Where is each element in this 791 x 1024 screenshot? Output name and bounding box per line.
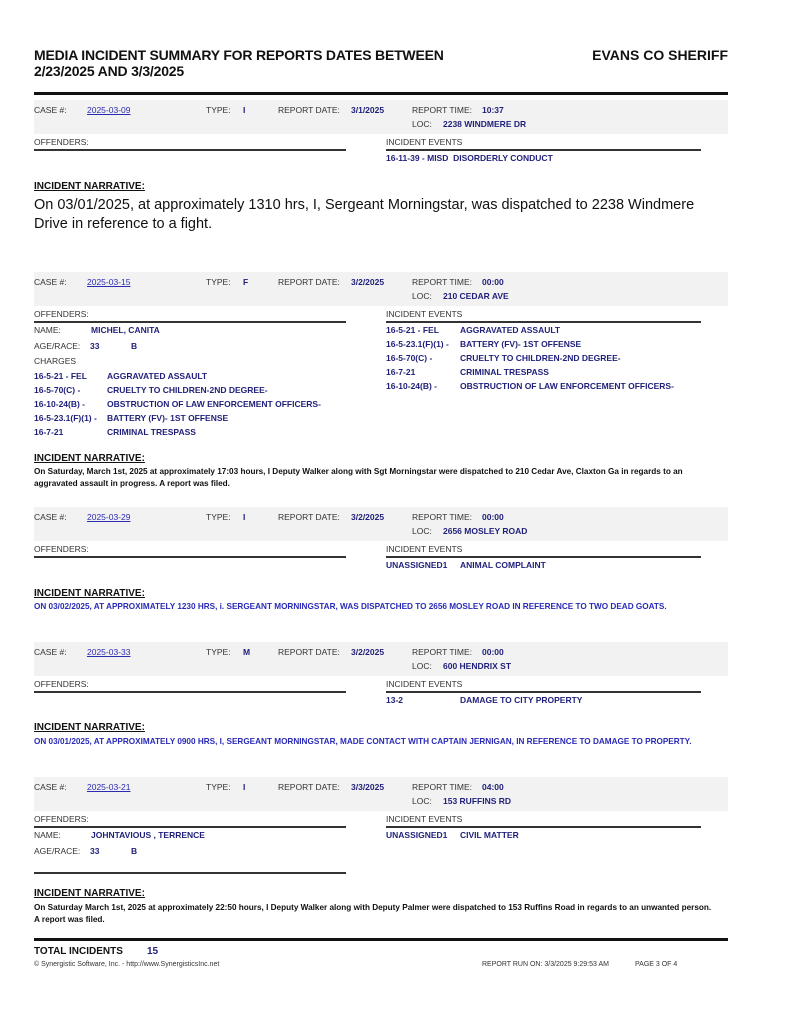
charge-code: 16-5-70(C) - <box>34 385 80 395</box>
loc-value: 2238 WINDMERE DR <box>443 119 526 129</box>
report-time-value: 10:37 <box>482 105 504 115</box>
loc-value: 2656 MOSLEY ROAD <box>443 526 527 536</box>
case-block: CASE #: 2025-03-15 TYPE: F REPORT DATE: … <box>34 272 728 446</box>
case-header-band: CASE #: 2025-03-21 TYPE: I REPORT DATE: … <box>34 777 728 811</box>
event-row: 16-11-39 - MISD DISORDERLY CONDUCT <box>386 153 553 163</box>
offender-age: 33 <box>90 846 99 856</box>
type-label: TYPE: <box>206 782 231 792</box>
report-time-label: REPORT TIME: <box>412 647 472 657</box>
case-label: CASE #: <box>34 782 67 792</box>
case-number-link[interactable]: 2025-03-33 <box>87 647 130 657</box>
case-block: CASE #: 2025-03-33 TYPE: M REPORT DATE: … <box>34 642 728 708</box>
loc-label: LOC: <box>412 661 432 671</box>
incident-events-label: INCIDENT EVENTS <box>386 309 462 319</box>
copyright-text: © Synergistic Software, Inc. - http://ww… <box>34 961 219 968</box>
charge-row: 16-10-24(B) -OBSTRUCTION OF LAW ENFORCEM… <box>34 399 85 409</box>
header-divider <box>34 92 728 95</box>
report-time-value: 00:00 <box>482 512 504 522</box>
event-desc: AGGRAVATED ASSAULT <box>460 325 560 335</box>
incident-events-label: INCIDENT EVENTS <box>386 679 462 689</box>
type-value: M <box>243 647 250 657</box>
event-desc: DISORDERLY CONDUCT <box>453 153 553 163</box>
offenders-label: OFFENDERS: <box>34 137 89 147</box>
report-date-label: REPORT DATE: <box>278 512 340 522</box>
event-code: 16-7-21 <box>386 367 415 377</box>
event-row: 16-5-70(C) -CRUELTY TO CHILDREN-2ND DEGR… <box>386 353 432 363</box>
charge-desc: CRUELTY TO CHILDREN-2ND DEGREE- <box>107 385 268 395</box>
name-label: NAME: <box>34 325 61 335</box>
offender-end-divider <box>34 872 346 874</box>
report-date-label: REPORT DATE: <box>278 277 340 287</box>
loc-label: LOC: <box>412 526 432 536</box>
offender-age-race-row: AGE/RACE: 33 B <box>34 341 80 351</box>
charge-desc: BATTERY (FV)- 1ST OFFENSE <box>107 413 228 423</box>
report-title: MEDIA INCIDENT SUMMARY FOR REPORTS DATES… <box>34 47 494 79</box>
event-code: UNASSIGNED1 <box>386 830 447 840</box>
case-block: CASE #: 2025-03-09 TYPE: I REPORT DATE: … <box>34 100 728 166</box>
total-incidents-value: 15 <box>147 946 158 957</box>
report-date-value: 3/1/2025 <box>351 105 384 115</box>
incident-events-label: INCIDENT EVENTS <box>386 137 462 147</box>
offenders-divider <box>34 826 346 828</box>
case-number-link[interactable]: 2025-03-21 <box>87 782 130 792</box>
offenders-divider <box>34 321 346 323</box>
report-time-label: REPORT TIME: <box>412 105 472 115</box>
report-time-label: REPORT TIME: <box>412 277 472 287</box>
event-row: 16-7-21CRIMINAL TRESPASS <box>386 367 415 377</box>
case-label: CASE #: <box>34 647 67 657</box>
events-divider <box>386 826 701 828</box>
charge-code: 16-5-23.1(F)(1) - <box>34 413 97 423</box>
loc-value: 210 CEDAR AVE <box>443 291 509 301</box>
event-code: 16-5-70(C) - <box>386 353 432 363</box>
report-date-value: 3/2/2025 <box>351 647 384 657</box>
total-incidents-label: TOTAL INCIDENTS <box>34 946 123 957</box>
events-divider <box>386 691 701 693</box>
charge-row: 16-5-70(C) -CRUELTY TO CHILDREN-2ND DEGR… <box>34 385 80 395</box>
page-number: PAGE 3 OF 4 <box>635 961 677 968</box>
event-desc: ANIMAL COMPLAINT <box>460 560 546 570</box>
offenders-label: OFFENDERS: <box>34 309 89 319</box>
case-number-link[interactable]: 2025-03-15 <box>87 277 130 287</box>
type-label: TYPE: <box>206 105 231 115</box>
case-header-band: CASE #: 2025-03-09 TYPE: I REPORT DATE: … <box>34 100 728 134</box>
type-label: TYPE: <box>206 277 231 287</box>
report-date-label: REPORT DATE: <box>278 647 340 657</box>
case-details: OFFENDERS: INCIDENT EVENTS 13-2DAMAGE TO… <box>34 676 728 708</box>
name-label: NAME: <box>34 830 61 840</box>
events-divider <box>386 556 701 558</box>
event-desc: CRIMINAL TRESPASS <box>460 367 549 377</box>
case-block: CASE #: 2025-03-21 TYPE: I REPORT DATE: … <box>34 777 728 881</box>
case-label: CASE #: <box>34 277 67 287</box>
event-desc: CRUELTY TO CHILDREN-2ND DEGREE- <box>460 353 621 363</box>
narrative-title: INCIDENT NARRATIVE: <box>34 722 145 733</box>
event-desc: DAMAGE TO CITY PROPERTY <box>460 695 582 705</box>
offenders-divider <box>34 691 346 693</box>
event-row: UNASSIGNED1ANIMAL COMPLAINT <box>386 560 447 570</box>
loc-value: 600 HENDRIX ST <box>443 661 511 671</box>
report-date-label: REPORT DATE: <box>278 782 340 792</box>
narrative-text: On Saturday, March 1st, 2025 at approxim… <box>34 466 714 490</box>
report-time-label: REPORT TIME: <box>412 512 472 522</box>
loc-label: LOC: <box>412 796 432 806</box>
charge-desc: AGGRAVATED ASSAULT <box>107 371 207 381</box>
offender-race: B <box>131 846 137 856</box>
event-desc: BATTERY (FV)- 1ST OFFENSE <box>460 339 581 349</box>
age-race-label: AGE/RACE: <box>34 341 80 351</box>
event-row: 16-10-24(B) -OBSTRUCTION OF LAW ENFORCEM… <box>386 381 437 391</box>
offender-age-race-row: AGE/RACE: 33 B <box>34 846 80 856</box>
charge-row: 16-7-21CRIMINAL TRESPASS <box>34 427 63 437</box>
charge-row: 16-5-21 - FELAGGRAVATED ASSAULT <box>34 371 87 381</box>
offender-name-row: NAME: MICHEL, CANITA <box>34 325 61 335</box>
narrative-text: ON 03/02/2025, AT APPROXIMATELY 1230 HRS… <box>34 601 714 613</box>
charge-desc: OBSTRUCTION OF LAW ENFORCEMENT OFFICERS- <box>107 399 321 409</box>
narrative-title: INCIDENT NARRATIVE: <box>34 181 145 192</box>
case-details: OFFENDERS: NAME: MICHEL, CANITA AGE/RACE… <box>34 306 728 446</box>
events-divider <box>386 321 701 323</box>
offender-race: B <box>131 341 137 351</box>
case-block: CASE #: 2025-03-29 TYPE: I REPORT DATE: … <box>34 507 728 573</box>
event-code: 16-5-23.1(F)(1) - <box>386 339 449 349</box>
report-run-on: REPORT RUN ON: 3/3/2025 9:29:53 AM <box>482 961 609 968</box>
event-code: 16-11-39 - MISD <box>386 153 448 163</box>
case-header-band: CASE #: 2025-03-29 TYPE: I REPORT DATE: … <box>34 507 728 541</box>
narrative-title: INCIDENT NARRATIVE: <box>34 588 145 599</box>
narrative-text: On Saturday March 1st, 2025 at approxima… <box>34 902 714 926</box>
charge-desc: CRIMINAL TRESPASS <box>107 427 196 437</box>
charge-code: 16-7-21 <box>34 427 63 437</box>
offenders-label: OFFENDERS: <box>34 544 89 554</box>
report-time-value: 00:00 <box>482 277 504 287</box>
type-label: TYPE: <box>206 512 231 522</box>
type-value: F <box>243 277 248 287</box>
event-desc: OBSTRUCTION OF LAW ENFORCEMENT OFFICERS- <box>460 381 674 391</box>
narrative-title: INCIDENT NARRATIVE: <box>34 453 145 464</box>
event-row: 13-2DAMAGE TO CITY PROPERTY <box>386 695 403 705</box>
event-desc: CIVIL MATTER <box>460 830 519 840</box>
offender-name: MICHEL, CANITA <box>91 325 160 335</box>
case-number-link[interactable]: 2025-03-09 <box>87 105 130 115</box>
offenders-label: OFFENDERS: <box>34 679 89 689</box>
report-date-value: 3/2/2025 <box>351 277 384 287</box>
charges-label: CHARGES <box>34 356 76 366</box>
charge-code: 16-5-21 - FEL <box>34 371 87 381</box>
event-code: 16-10-24(B) - <box>386 381 437 391</box>
event-code: 16-5-21 - FEL <box>386 325 439 335</box>
incident-events-label: INCIDENT EVENTS <box>386 544 462 554</box>
offender-name-row: NAME: JOHNTAVIOUS , TERRENCE <box>34 830 61 840</box>
type-label: TYPE: <box>206 647 231 657</box>
footer-divider <box>34 938 728 941</box>
type-value: I <box>243 105 245 115</box>
event-code: 13-2 <box>386 695 403 705</box>
loc-label: LOC: <box>412 291 432 301</box>
event-row: 16-5-23.1(F)(1) -BATTERY (FV)- 1ST OFFEN… <box>386 339 449 349</box>
agency-name: EVANS CO SHERIFF <box>592 47 728 63</box>
offender-age: 33 <box>90 341 99 351</box>
case-label: CASE #: <box>34 512 67 522</box>
case-details: OFFENDERS: INCIDENT EVENTS UNASSIGNED1AN… <box>34 541 728 573</box>
report-date-label: REPORT DATE: <box>278 105 340 115</box>
case-header-band: CASE #: 2025-03-33 TYPE: M REPORT DATE: … <box>34 642 728 676</box>
narrative-text: ON 03/01/2025, AT APPROXIMATELY 0900 HRS… <box>34 736 714 748</box>
loc-value: 153 RUFFINS RD <box>443 796 511 806</box>
case-details: OFFENDERS: INCIDENT EVENTS 16-11-39 - MI… <box>34 134 728 166</box>
offenders-divider <box>34 149 346 151</box>
type-value: I <box>243 782 245 792</box>
event-code: UNASSIGNED1 <box>386 560 447 570</box>
events-divider <box>386 149 701 151</box>
report-time-value: 04:00 <box>482 782 504 792</box>
offender-name: JOHNTAVIOUS , TERRENCE <box>91 830 205 840</box>
incident-events-label: INCIDENT EVENTS <box>386 814 462 824</box>
case-header-band: CASE #: 2025-03-15 TYPE: F REPORT DATE: … <box>34 272 728 306</box>
report-header: MEDIA INCIDENT SUMMARY FOR REPORTS DATES… <box>34 47 728 79</box>
event-row: UNASSIGNED1CIVIL MATTER <box>386 830 447 840</box>
charge-code: 16-10-24(B) - <box>34 399 85 409</box>
case-label: CASE #: <box>34 105 67 115</box>
report-date-value: 3/2/2025 <box>351 512 384 522</box>
narrative-text: On 03/01/2025, at approximately 1310 hrs… <box>34 196 714 234</box>
type-value: I <box>243 512 245 522</box>
report-time-label: REPORT TIME: <box>412 782 472 792</box>
case-details: OFFENDERS: NAME: JOHNTAVIOUS , TERRENCE … <box>34 811 728 881</box>
offenders-label: OFFENDERS: <box>34 814 89 824</box>
age-race-label: AGE/RACE: <box>34 846 80 856</box>
event-row: 16-5-21 - FELAGGRAVATED ASSAULT <box>386 325 439 335</box>
loc-label: LOC: <box>412 119 432 129</box>
charge-row: 16-5-23.1(F)(1) -BATTERY (FV)- 1ST OFFEN… <box>34 413 97 423</box>
case-number-link[interactable]: 2025-03-29 <box>87 512 130 522</box>
report-date-value: 3/3/2025 <box>351 782 384 792</box>
offenders-divider <box>34 556 346 558</box>
narrative-title: INCIDENT NARRATIVE: <box>34 888 145 899</box>
report-time-value: 00:00 <box>482 647 504 657</box>
